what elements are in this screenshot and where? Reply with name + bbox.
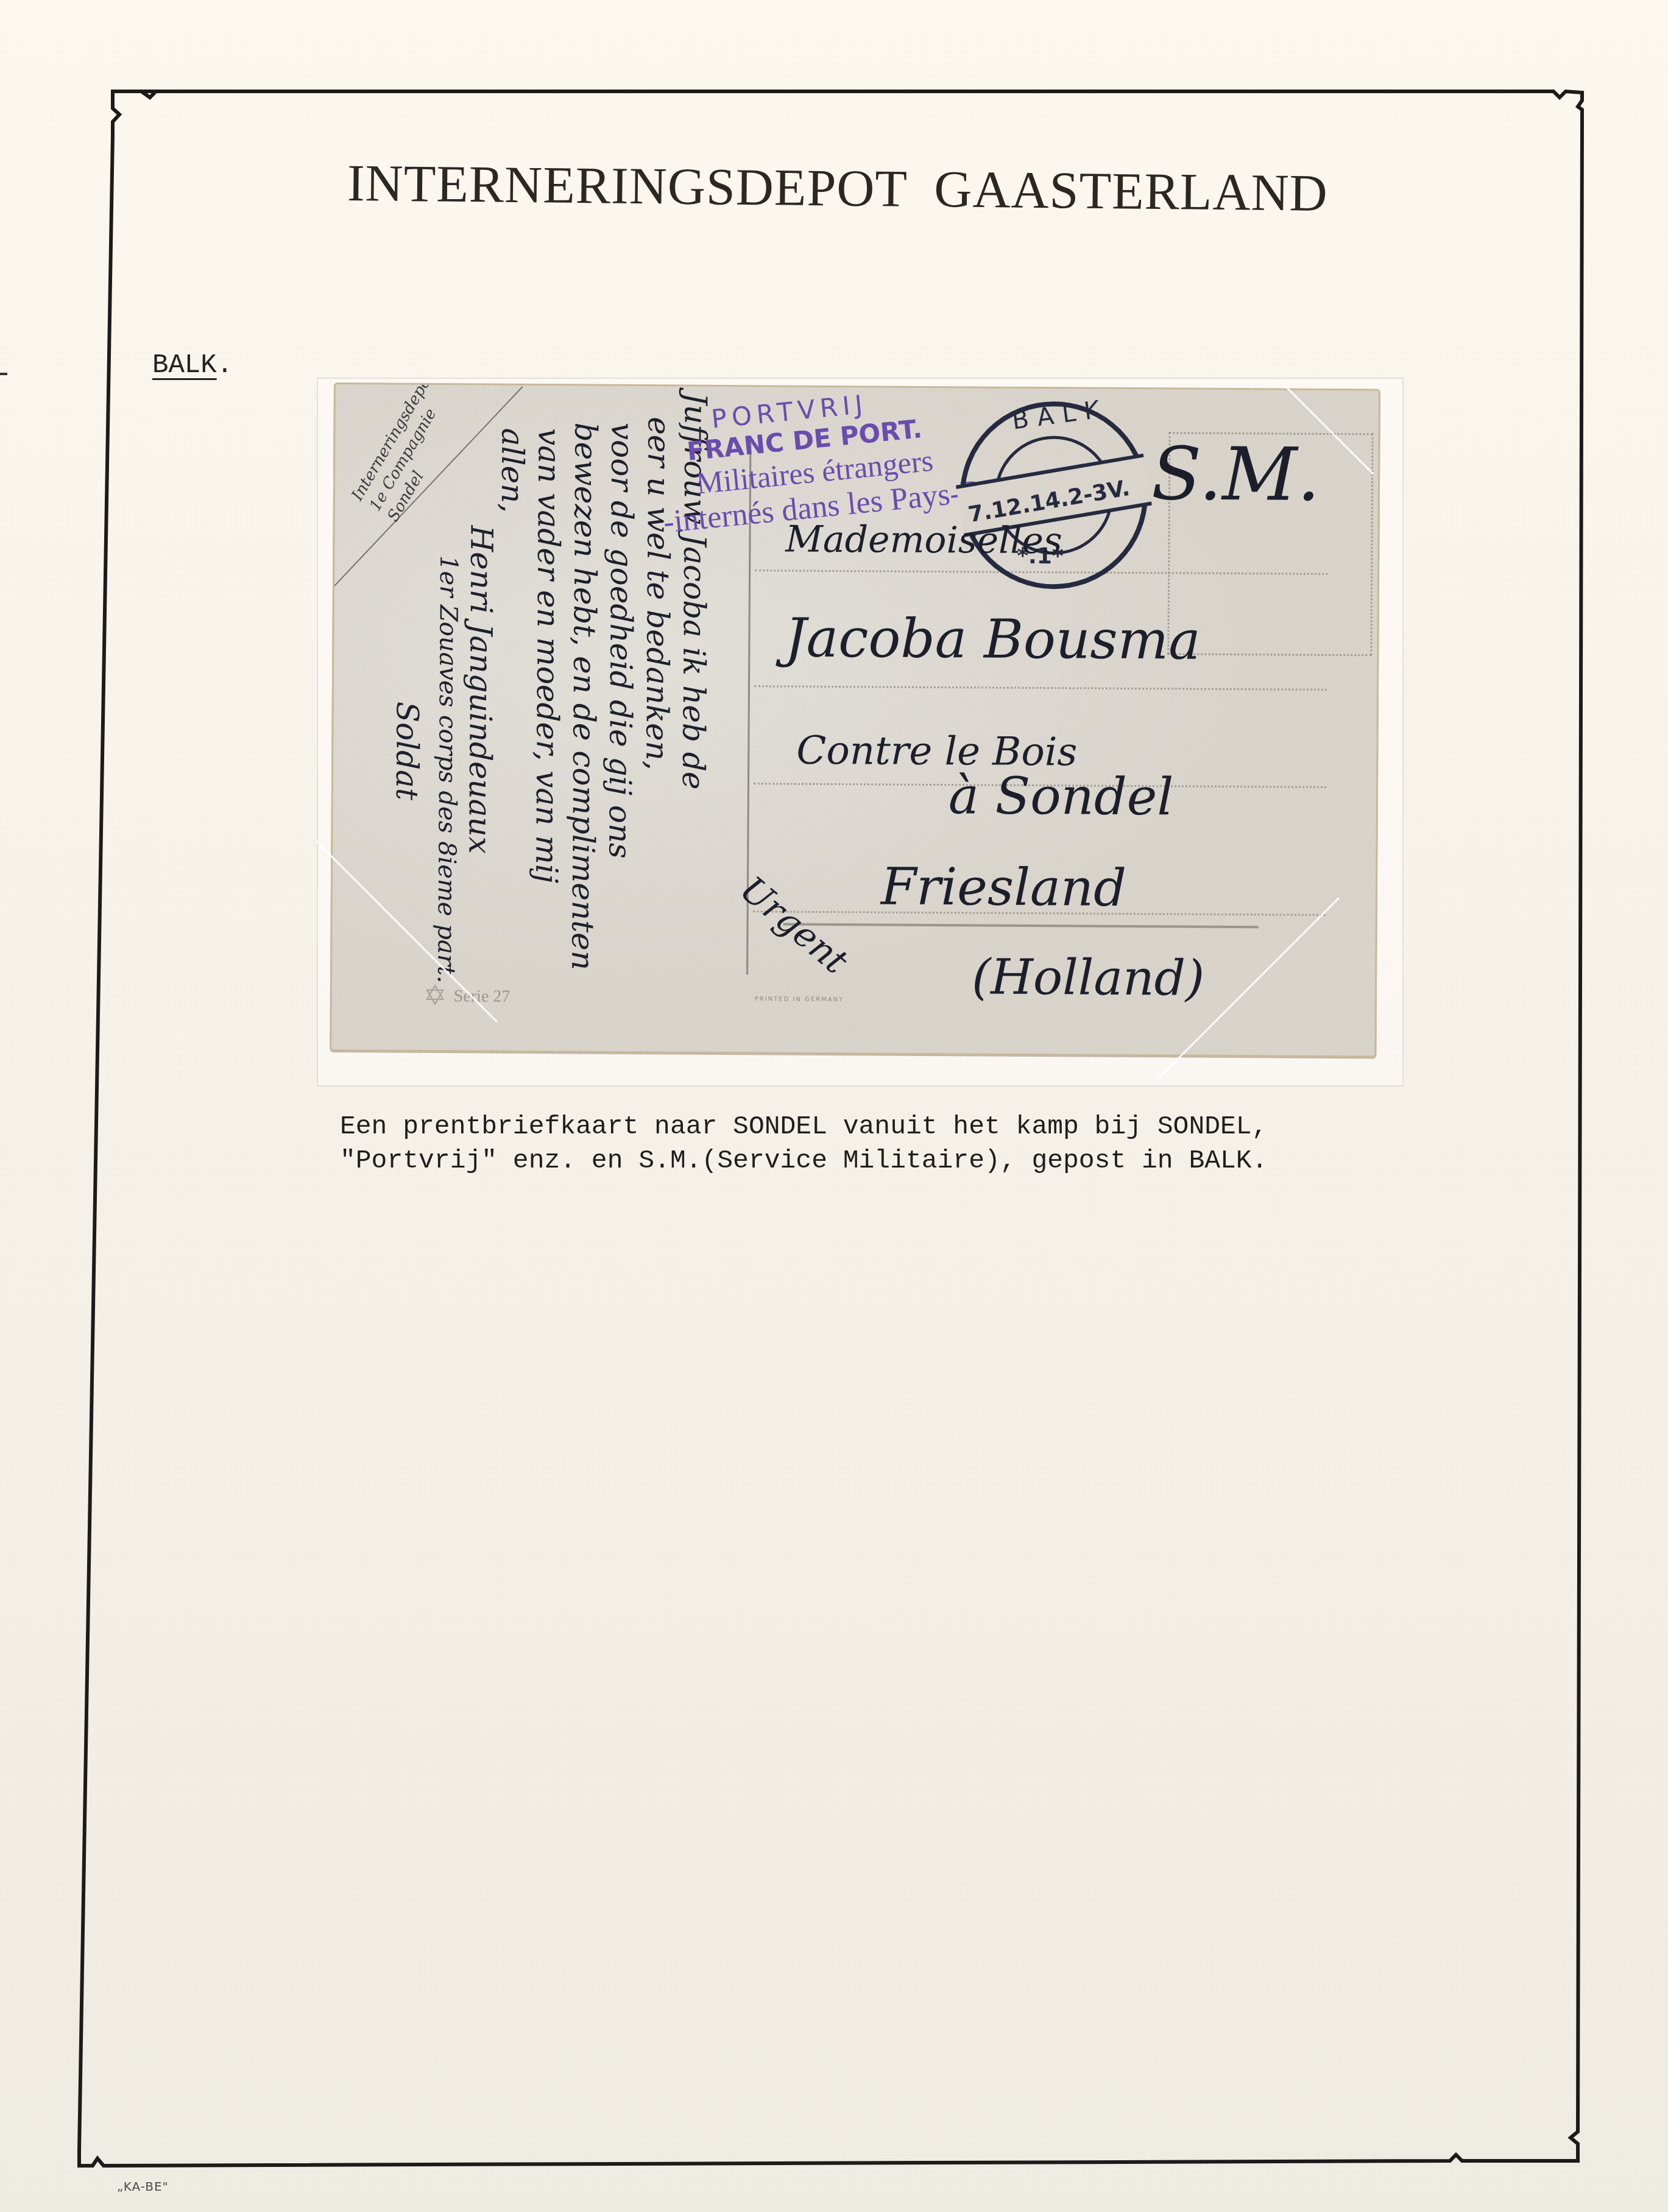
message-line: eer u wel te bedanken, [639, 417, 677, 770]
message-line: Soldat [389, 702, 425, 801]
address-line-1: Mademoiselles [785, 518, 1062, 563]
publisher-mark: „KA-BE" [117, 2179, 169, 2194]
section-label: BALK. [152, 350, 233, 381]
address-line [754, 685, 1327, 691]
message-line: 1er Zouaves corps des 8ieme part. [432, 555, 462, 984]
message-line: van vader en moeder, van mij [529, 428, 567, 884]
page-title: INTERNERINGSDEPOT GAASTERLAND [347, 152, 1383, 224]
page-border-frame [0, 0, 1668, 2212]
caption-line-2: "Portvrij" enz. en S.M.(Service Militair… [340, 1144, 1267, 1178]
message-line: bewezen hebt, en de complimenten [565, 422, 603, 970]
printed-in-germany: PRINTED IN GERMANY [755, 996, 844, 1003]
message-line: Henri Janguindeuaux [462, 525, 499, 854]
margin-tick-mark [0, 373, 7, 375]
caption-line-1: Een prentbriefkaart naar SONDEL vanuit h… [340, 1110, 1267, 1144]
message-line: allen, [495, 428, 531, 513]
caption: Een prentbriefkaart naar SONDEL vanuit h… [340, 1110, 1267, 1178]
address-line-4: à Sondel [949, 766, 1174, 826]
address-line-2: Jacoba Bousma [785, 607, 1201, 672]
address-line-6: (Holland) [972, 948, 1205, 1006]
section-label-suffix: . [217, 350, 233, 381]
message-line: voor de goedheid die gij ons [602, 423, 640, 859]
address-line-solid [783, 923, 1259, 929]
section-label-text: BALK [152, 350, 217, 381]
address-line-5: Friesland [881, 857, 1127, 918]
corner-note: Interneringsdepot 1e Compagnie Sondel [347, 382, 475, 526]
